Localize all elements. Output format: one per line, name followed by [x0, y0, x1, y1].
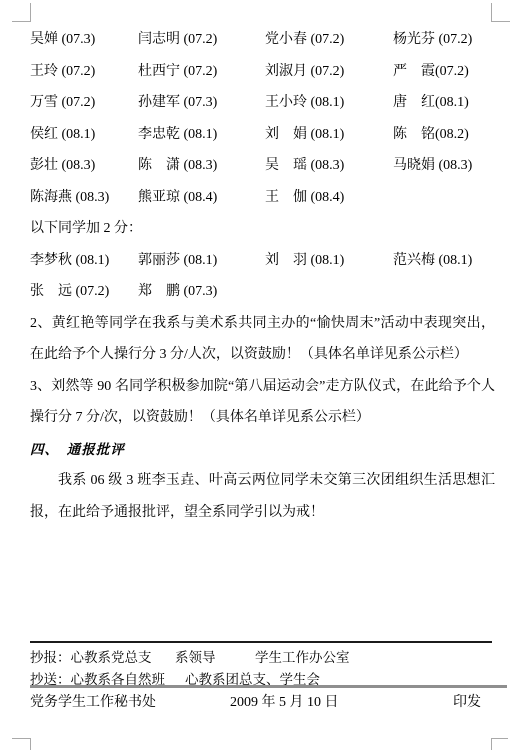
roster-cell: 杜西宁 (07.2): [138, 56, 265, 88]
roster-cell: 彭壮 (08.3): [30, 150, 138, 182]
document-page: 吴婵 (07.3) 闫志明 (07.2) 党小春 (07.2) 杨光芬 (07.…: [0, 0, 521, 750]
roster-cell: 陈 铭(08.2): [393, 119, 495, 151]
roster-cell: 党小春 (07.2): [265, 24, 393, 56]
roster-cell: [393, 276, 495, 308]
roster-cell: 李忠乾 (08.1): [138, 119, 265, 151]
roster-cell: 王小玲 (08.1): [265, 87, 393, 119]
commended-students-roster: 吴婵 (07.3) 闫志明 (07.2) 党小春 (07.2) 杨光芬 (07.…: [30, 24, 495, 213]
roster-cell: 郑 鹏 (07.3): [138, 276, 265, 308]
roster-cell: 严 霞(07.2): [393, 56, 495, 88]
roster-cell: 吴 瑶 (08.3): [265, 150, 393, 182]
roster-cell: 杨光芬 (07.2): [393, 24, 495, 56]
roster-cell: 王 伽 (08.4): [265, 182, 393, 214]
roster-cell: 侯红 (08.1): [30, 119, 138, 151]
roster-cell: 孙建军 (07.3): [138, 87, 265, 119]
document-body: 吴婵 (07.3) 闫志明 (07.2) 党小春 (07.2) 杨光芬 (07.…: [30, 24, 495, 528]
print-issue-label: 印发: [453, 692, 481, 713]
roster-cell: 陈海燕 (08.3): [30, 182, 138, 214]
roster-cell: 刘淑月 (07.2): [265, 56, 393, 88]
section-4-paragraph: 我系 06 级 3 班李玉垚、叶高云两位同学未交第三次团组织生活思想汇报，在此给…: [30, 465, 495, 528]
crop-mark-bottom-right-icon: [491, 738, 508, 750]
roster-cell: 陈 潇 (08.3): [138, 150, 265, 182]
paragraph-item-2: 2、黄红艳等同学在我系与美术系共同主办的“愉快周末”活动中表现突出，在此给予个人…: [30, 308, 495, 371]
footer-top-divider: [30, 641, 492, 643]
crop-mark-bottom-left-icon: [12, 738, 31, 750]
roster-cell: 李梦秋 (08.1): [30, 245, 138, 277]
roster-cell: 马晓娟 (08.3): [393, 150, 495, 182]
roster-cell: 范兴梅 (08.1): [393, 245, 495, 277]
roster-cell: [265, 276, 393, 308]
crop-mark-top-left-icon: [12, 3, 31, 22]
footer-bottom-divider: [30, 685, 507, 688]
section-4-heading: 四、 通报批评: [30, 434, 495, 466]
copy-report-recipient-1: 系领导: [175, 647, 216, 668]
copy-report-recipient-2: 学生工作办公室: [255, 647, 350, 668]
roster-cell: 熊亚琼 (08.4): [138, 182, 265, 214]
roster-cell: 刘 娟 (08.1): [265, 119, 393, 151]
roster-cell: 万雪 (07.2): [30, 87, 138, 119]
issuer-office: 党务学生工作秘书处: [30, 692, 156, 713]
roster-cell: 郭丽莎 (08.1): [138, 245, 265, 277]
add-2-points-note: 以下同学加 2 分：: [30, 213, 495, 245]
issue-date: 2009 年 5 月 10 日: [230, 692, 339, 713]
roster-cell: 刘 羽 (08.1): [265, 245, 393, 277]
footer-copy-report-row: 抄报：心教系党总支 系领导 学生工作办公室: [30, 647, 508, 668]
add-2-points-roster: 李梦秋 (08.1) 郭丽莎 (08.1) 刘 羽 (08.1) 范兴梅 (08…: [30, 245, 495, 308]
crop-mark-top-right-icon: [491, 3, 510, 22]
copy-report-label: 抄报：心教系党总支: [30, 647, 152, 668]
footer-issue-row: 党务学生工作秘书处 2009 年 5 月 10 日 印发: [30, 692, 508, 713]
roster-cell: 吴婵 (07.3): [30, 24, 138, 56]
paragraph-item-3: 3、刘然等 90 名同学积极参加院“第八届运动会”走方队仪式，在此给予个人操行分…: [30, 371, 495, 434]
roster-cell: 张 远 (07.2): [30, 276, 138, 308]
roster-cell: 唐 红(08.1): [393, 87, 495, 119]
roster-cell: 闫志明 (07.2): [138, 24, 265, 56]
roster-cell: 王玲 (07.2): [30, 56, 138, 88]
roster-cell: [393, 182, 495, 214]
